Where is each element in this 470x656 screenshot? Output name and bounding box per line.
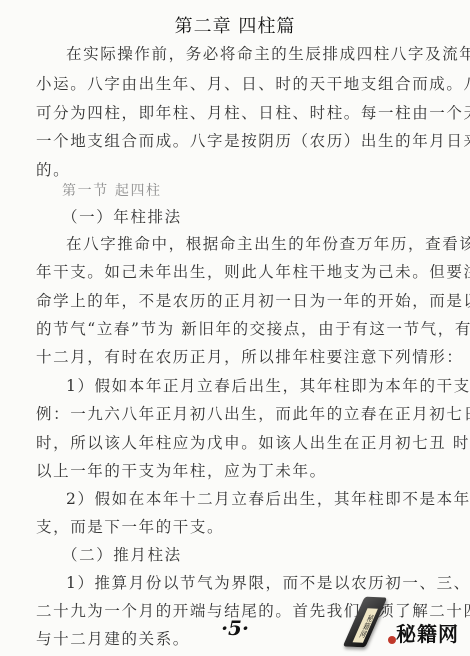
list-item-line: 例：一九六八年正月初八出生，而此年的立春在正月初七日丑 — [36, 402, 436, 424]
list-item-line: 时，所以该人年柱应为戊申。如该人出生在正月初七丑 时前则应 — [36, 431, 436, 453]
list-item-line: 2）假如在本年十二月立春后出生，其年柱即不是本年的干 — [66, 487, 466, 509]
paragraph-line: 命学上的年，不是农历的正月初一日为一年的开始，而是以农历 — [36, 289, 436, 311]
paragraph-line: 小运。八字由出生年、月、日、时的天干地支组合而成。八字又 — [36, 72, 436, 94]
subsection-heading: （二）推月柱法 — [62, 543, 462, 565]
paragraph-line: 在八字推命中，根据命主出生的年份查万年历，查看该年的 — [66, 232, 466, 254]
book-label: 秘籍网 — [353, 608, 378, 642]
list-item-line: 1）假如本年正月立春后出生，其年柱即为本年的干支。 — [66, 374, 466, 396]
list-item-line: 1）推算月份以节气为界限，而不是以农历初一、三、十或 — [66, 571, 466, 593]
watermark-logo: 秘籍网 秘籍网 — [348, 596, 466, 652]
paragraph-line: 十二月，有时在农历正月，所以排年柱要注意下列情形： — [36, 345, 436, 367]
paragraph-line: 年干支。如己未年出生，则此人年柱干地支为己未。但要注意， — [36, 260, 436, 282]
chapter-title: 第二章 四柱篇 — [0, 12, 470, 38]
watermark-text: 秘籍网 — [396, 618, 459, 647]
list-item-line: 以上一年的干支为年柱，应为丁未年。 — [36, 459, 436, 481]
section-heading: 第一节 起四柱 — [62, 180, 462, 200]
seal-icon — [388, 636, 396, 644]
paragraph-line: 可分为四柱，即年柱、月柱、日柱、时柱。每一柱由一个天干和 — [36, 101, 436, 123]
subsection-heading: （一）年柱排法 — [62, 205, 462, 227]
paragraph-line: 一个地支组合而成。八字是按阴历（农历）出生的年月日来推算 — [36, 129, 436, 151]
paragraph-line: 的。 — [36, 158, 436, 180]
list-item-line: 支，而是下一年的干支。 — [36, 515, 436, 537]
paragraph-line: 的节气“立春”节为 新旧年的交接点，由于有这一节气，有时在 — [36, 317, 436, 339]
book-icon: 秘籍网 — [343, 597, 388, 648]
paragraph-line: 在实际操作前，务必将命主的生辰排成四柱八字及流年与大 — [66, 42, 466, 64]
document-page: 第二章 四柱篇 在实际操作前，务必将命主的生辰排成四柱八字及流年与大 小运。八字… — [0, 0, 470, 656]
